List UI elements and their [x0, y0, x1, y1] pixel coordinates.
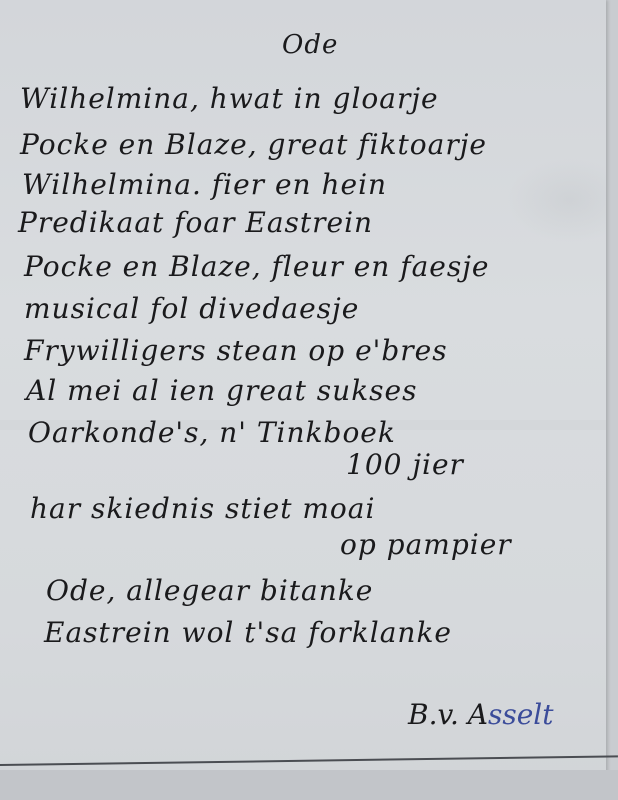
poem-line: Al mei al ien great sukses [26, 374, 417, 407]
signature: B.v. Asselt [408, 698, 554, 731]
signature-prefix: B.v. A [408, 698, 488, 731]
poem-title: Ode [282, 30, 338, 60]
poem-line: Oarkonde's, n' Tinkboek [28, 416, 396, 449]
signature-suffix: sselt [488, 698, 554, 731]
poem-line: Pocke en Blaze, fleur en faesje [24, 250, 490, 283]
poem-line: musical fol divedaesje [24, 292, 359, 325]
poem-line: Frywilligers stean op e'bres [24, 334, 448, 367]
poem-line: Predikaat foar Eastrein [18, 206, 373, 239]
poem-line: Wilhelmina, hwat in gloarje [20, 82, 439, 115]
poem-line: Pocke en Blaze, great fiktoarje [20, 128, 487, 161]
poem-line: 100 jier [346, 448, 464, 481]
poem-line: Ode, allegear bitanke [46, 574, 373, 607]
poem-line: har skiednis stiet moai [30, 492, 375, 525]
poem-line: Eastrein wol t'sa forklanke [44, 616, 452, 649]
underlying-page [0, 770, 618, 800]
poem-line: op pampier [340, 528, 512, 561]
paper-sheet: Ode Wilhelmina, hwat in gloarjePocke en … [0, 0, 606, 778]
poem-line: Wilhelmina. fier en hein [22, 168, 387, 201]
